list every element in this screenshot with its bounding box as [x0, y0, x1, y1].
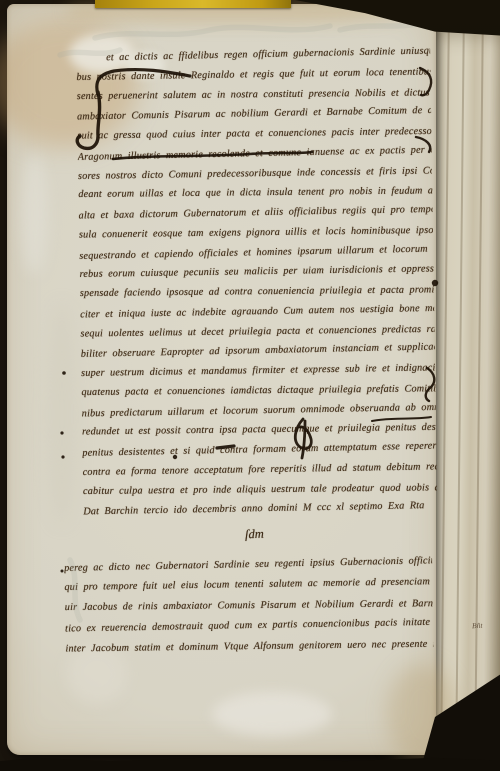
paragraph-secondary: pereg ac dicto nec Gubernatori Sardinie … — [64, 552, 434, 660]
yellow-tape — [95, 0, 291, 8]
stain — [21, 154, 47, 274]
stain — [47, 304, 77, 524]
page-edge-line — [474, 22, 483, 752]
marginal-note: Bñt — [472, 621, 483, 631]
paragraph-main: et ac dictis ac ffidelibus regen officiu… — [76, 42, 437, 522]
page-edge-line — [455, 22, 464, 752]
stain — [212, 692, 332, 736]
manuscript-line: inter Jacobum statim et dominum Vtque Al… — [65, 634, 433, 659]
page-edge-line — [440, 22, 449, 752]
manuscript-photo: et ac dictis ac ffidelibus regen officiu… — [0, 0, 500, 771]
section-mark: ſdm — [245, 527, 264, 543]
